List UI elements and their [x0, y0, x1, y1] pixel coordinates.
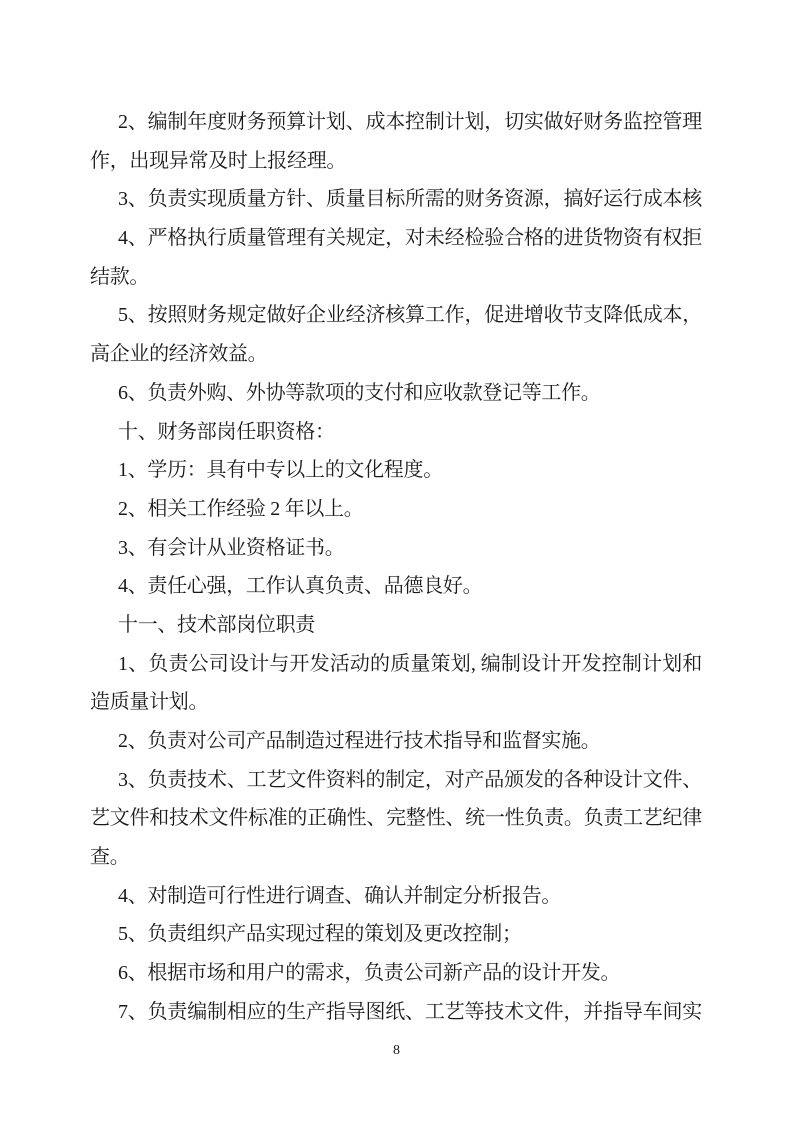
text-line: 作，出现异常及时上报经理。	[90, 142, 702, 181]
text-line: 2、编制年度财务预算计划、成本控制计划，切实做好财务监控管理工	[90, 103, 702, 142]
text-line: 6、根据市场和用户的需求，负责公司新产品的设计开发。	[90, 954, 702, 993]
text-line: 2、相关工作经验 2 年以上。	[90, 490, 702, 529]
text-line: 1、负责公司设计与开发活动的质量策划, 编制设计开发控制计划和制	[90, 645, 702, 684]
text-line: 艺文件和技术文件标准的正确性、完整性、统一性负责。负责工艺纪律检	[90, 799, 702, 838]
text-line: 1、学历：具有中专以上的文化程度。	[90, 451, 702, 490]
text-line: 4、对制造可行性进行调查、确认并制定分析报告。	[90, 877, 702, 916]
document-body: 2、编制年度财务预算计划、成本控制计划，切实做好财务监控管理工作，出现异常及时上…	[90, 103, 702, 1032]
text-line: 十、财务部岗任职资格：	[90, 413, 702, 452]
page-number: 8	[393, 1043, 400, 1058]
text-line: 3、负责实现质量方针、质量目标所需的财务资源，搞好运行成本核算。	[90, 180, 702, 219]
text-line: 7、负责编制相应的生产指导图纸、工艺等技术文件，并指导车间实施；	[90, 993, 702, 1032]
text-line: 5、按照财务规定做好企业经济核算工作，促进增收节支降低成本，提	[90, 296, 702, 335]
text-line: 4、严格执行质量管理有关规定，对未经检验合格的进货物资有权拒绝	[90, 219, 702, 258]
text-line: 高企业的经济效益。	[90, 335, 702, 374]
document-page: 2、编制年度财务预算计划、成本控制计划，切实做好财务监控管理工作，出现异常及时上…	[0, 0, 793, 1122]
text-line: 十一、技术部岗位职责	[90, 606, 702, 645]
text-line: 造质量计划。	[90, 683, 702, 722]
text-line: 查。	[90, 838, 702, 877]
text-line: 5、负责组织产品实现过程的策划及更改控制；	[90, 915, 702, 954]
text-line: 2、负责对公司产品制造过程进行技术指导和监督实施。	[90, 722, 702, 761]
page-footer: 8	[0, 1041, 793, 1061]
text-line: 3、有会计从业资格证书。	[90, 529, 702, 568]
text-line: 4、责任心强，工作认真负责、品德良好。	[90, 567, 702, 606]
text-line: 6、负责外购、外协等款项的支付和应收款登记等工作。	[90, 374, 702, 413]
text-line: 3、负责技术、工艺文件资料的制定，对产品颁发的各种设计文件、工	[90, 761, 702, 800]
text-line: 结款。	[90, 258, 702, 297]
